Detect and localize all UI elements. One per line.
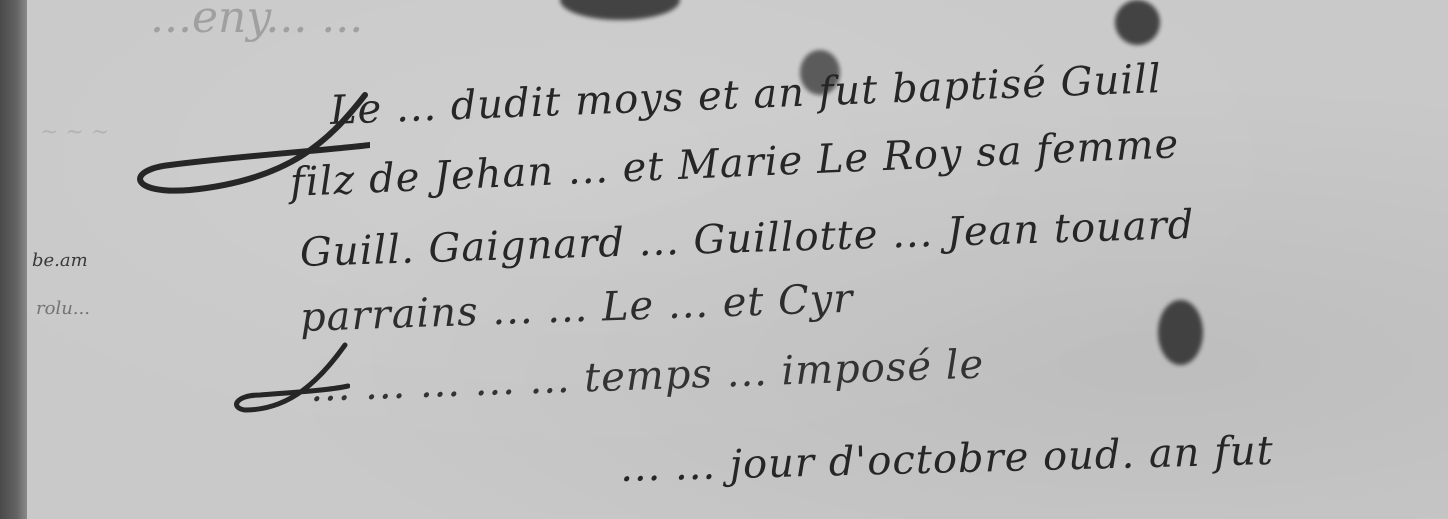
entry-line-5: ... ... ... ... ... temps ... imposé le <box>309 341 985 411</box>
entry-line-6: ... ... jour d'octobre oud. an fut <box>619 428 1274 491</box>
ink-blot <box>560 0 680 20</box>
ink-blot <box>1158 300 1203 365</box>
entry-line-3: Guill. Gaignard ... Guillotte ... Jean t… <box>299 202 1195 276</box>
entry-line-2: filz de Jehan ... et Marie Le Roy sa fem… <box>289 121 1180 206</box>
ink-blot <box>1115 0 1160 45</box>
margin-note: rolu... <box>36 298 90 319</box>
bleed-through-text: ...eny... ... <box>150 0 363 43</box>
manuscript-scan: ...eny... ... ~ ~ ~ be.am rolu... Le ...… <box>0 0 1448 519</box>
binding-edge <box>0 0 27 519</box>
entry-line-4: parrains ... ... Le ... et Cyr <box>299 276 854 341</box>
margin-note: be.am <box>32 250 88 271</box>
bleed-through-faint: ~ ~ ~ <box>40 120 109 145</box>
entry-line-1: Le ... dudit moys et an fut baptisé Guil… <box>329 56 1162 134</box>
